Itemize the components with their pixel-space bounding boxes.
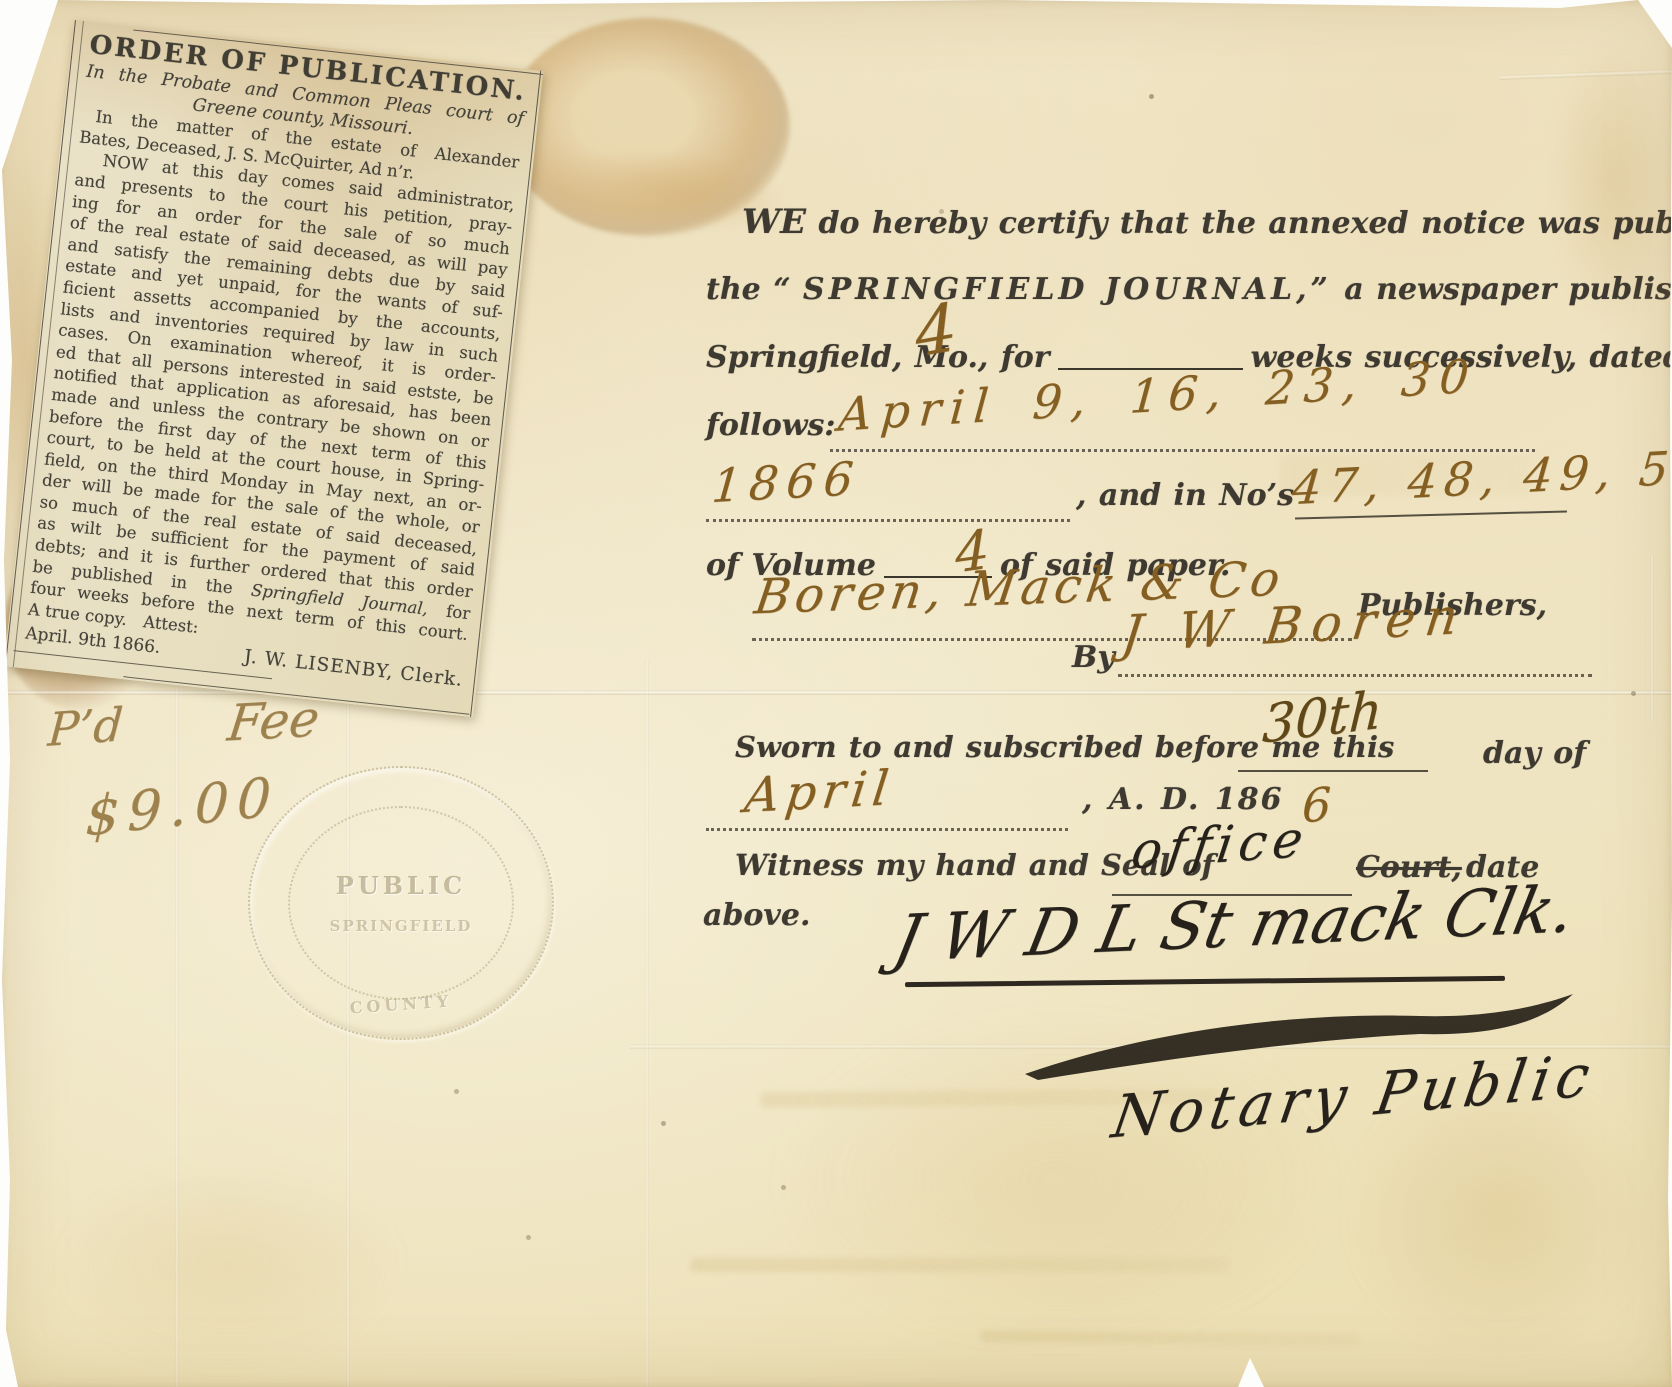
day-blank-line xyxy=(1238,770,1428,772)
bleedthrough-text xyxy=(690,1258,1230,1272)
signature-stroke xyxy=(905,976,1505,987)
certificate-line-2-post: a newspaper published in xyxy=(1332,272,1672,307)
notary-signature: J W D L St mack Clk. xyxy=(888,873,1581,977)
fold-line-vertical-3 xyxy=(645,660,649,1387)
crease-right-edge xyxy=(1650,555,1654,720)
clipping-body: In the matter of the estate of Alexander… xyxy=(27,105,520,668)
certificate-line-1: WE do hereby certify that the annexed no… xyxy=(742,202,1672,242)
handwritten-month-value: April xyxy=(742,760,898,824)
certificate-line-2: the “ SPRINGFIELD JOURNAL,” a newspaper … xyxy=(706,272,1672,307)
scanned-document: ORDER OF PUBLICATION. In the Probate and… xyxy=(0,0,1672,1387)
month-dotted-line xyxy=(706,828,1068,831)
handwritten-weeks-value: 4 xyxy=(913,288,960,373)
certificate-we: WE xyxy=(742,202,806,242)
paper-sheet: ORDER OF PUBLICATION. In the Probate and… xyxy=(0,0,1672,1387)
fee-annotation: Fee xyxy=(224,689,322,752)
certificate-nos-label: , and in No’s xyxy=(1076,478,1294,513)
ad-label: , A. D. 186 xyxy=(1082,782,1284,817)
by-dotted-line xyxy=(1118,674,1592,677)
above-word: above. xyxy=(703,898,810,933)
seal-inner-ring xyxy=(288,806,514,1000)
embossed-seal: PUBLIC SPRINGFIELD COUNTY xyxy=(248,766,554,1040)
bleedthrough-text xyxy=(980,1330,1360,1346)
certificate-line-2-pre: the “ xyxy=(706,272,803,307)
seal-word-top: PUBLIC xyxy=(250,871,552,900)
journal-name: SPRINGFIELD JOURNAL,” xyxy=(803,272,1332,307)
stain-bottom-left xyxy=(55,1160,405,1370)
fold-line-vertical-1 xyxy=(175,645,179,1387)
handwritten-year-value: 1866 xyxy=(710,451,864,513)
certificate-follows-label: follows: xyxy=(706,408,836,443)
year-dotted-line xyxy=(706,519,1070,522)
ink-specks xyxy=(0,0,3,3)
seal-word-mid: SPRINGFIELD xyxy=(250,917,552,935)
day-of-label: day of xyxy=(1483,736,1586,771)
dates-dotted-line xyxy=(830,449,1535,452)
certificate-line-1-text: do hereby certify that the annexed notic… xyxy=(806,206,1672,241)
amount-annotation: $9.00 xyxy=(84,765,280,849)
paid-annotation: P’d xyxy=(46,697,125,757)
by-label: By xyxy=(1072,640,1115,675)
handwritten-office-value: office xyxy=(1128,809,1313,880)
newspaper-clipping: ORDER OF PUBLICATION. In the Probate and… xyxy=(4,20,543,717)
certificate-line-3-pre: Springfield, Mo., for xyxy=(706,340,1050,375)
crease-top-right xyxy=(1500,69,1672,80)
